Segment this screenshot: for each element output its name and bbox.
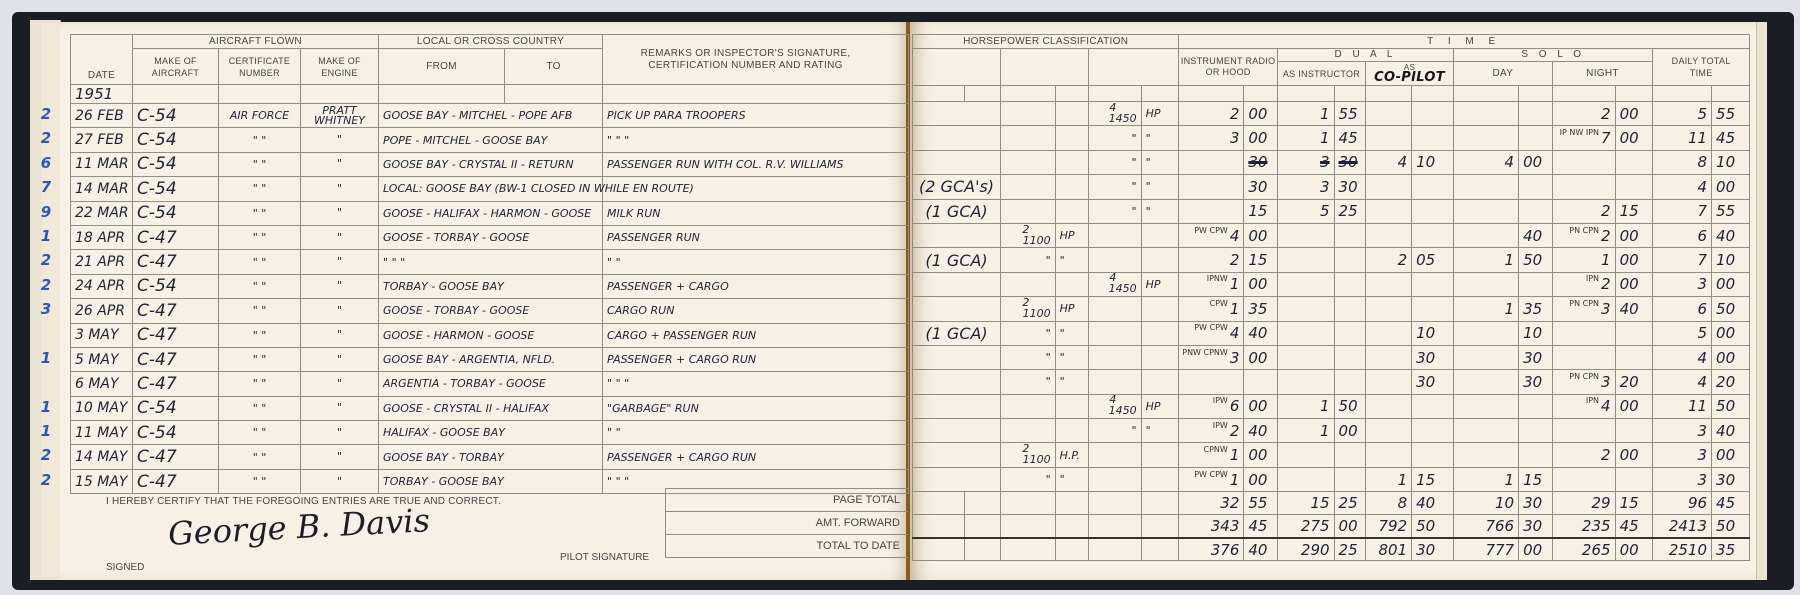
- time-row: ""300145IP NW IPN7001145: [913, 126, 1750, 150]
- aircraft-flown-header: AIRCRAFT FLOWN: [133, 35, 379, 49]
- daily-total-hours: 3: [1653, 467, 1712, 491]
- solo-night-hours: IPN4: [1552, 394, 1615, 418]
- solo-night-minutes: 00: [1615, 443, 1653, 467]
- instrument-hours: CPNW1: [1179, 443, 1244, 467]
- log-row: 10 MAYC-54" ""GOOSE - CRYSTAL II - HALIF…: [71, 396, 909, 420]
- gca-note: [913, 419, 1001, 443]
- instrument-header: INSTRUMENT RADIO OR HOOD: [1179, 49, 1278, 86]
- horsepower-classification-header: HORSEPOWER CLASSIFICATION: [913, 35, 1179, 49]
- aircraft-cell: C-47: [133, 250, 219, 274]
- solo-night-minutes: [1615, 150, 1653, 174]
- solo-day-minutes: 30: [1519, 370, 1553, 394]
- dual-instructor-minutes: [1334, 345, 1365, 369]
- totals-label: AMT. FORWARD: [666, 512, 909, 535]
- instrument-minutes: 00: [1244, 223, 1278, 247]
- solo-night-hours: PN CPN3: [1552, 370, 1615, 394]
- copilot-hours: [1366, 394, 1412, 418]
- margin-number: 6: [34, 151, 58, 175]
- horsepower-unit: ": [1055, 248, 1089, 272]
- totals-row: 3764029025801307770026500251035: [913, 538, 1750, 561]
- instrument-hours: [1179, 199, 1244, 223]
- make-of-engine-header: MAKE OF ENGINE: [301, 49, 379, 85]
- daily-total-hours: 8: [1653, 150, 1712, 174]
- dual-instructor-minutes: 55: [1334, 102, 1365, 126]
- date-cell: 18 APR: [71, 225, 133, 249]
- solo-night-minutes: 00: [1615, 394, 1653, 418]
- log-row: 14 MAYC-47" ""GOOSE BAY - TORBAYPASSENGE…: [71, 445, 909, 469]
- solo-night-minutes: 00: [1615, 223, 1653, 247]
- daily-total-hours: 5: [1653, 102, 1712, 126]
- solo-night-hours: [1552, 345, 1615, 369]
- dual-instructor-total-minutes: 00: [1334, 515, 1365, 538]
- log-row: 5 MAYC-47" ""GOOSE BAY - ARGENTIA, NFLD.…: [71, 347, 909, 371]
- dual-instructor-hours: [1277, 443, 1334, 467]
- dual-instructor-minutes: [1334, 272, 1365, 296]
- copilot-minutes: [1412, 126, 1454, 150]
- solo-day-hours: 1: [1454, 467, 1519, 491]
- dual-instructor-minutes: [1334, 443, 1365, 467]
- horsepower-value: ": [1089, 126, 1141, 150]
- horsepower-value: 21100: [1001, 223, 1056, 247]
- log-row: 11 MAYC-54" ""HALIFAX - GOOSE BAY" ": [71, 421, 909, 445]
- gca-note: [913, 272, 1001, 296]
- daily-total-minutes: 20: [1712, 370, 1750, 394]
- instrument-hours: 2: [1179, 102, 1244, 126]
- dual-instructor-minutes: [1334, 321, 1365, 345]
- instrument-minutes: 00: [1244, 467, 1278, 491]
- copilot-hours: [1366, 443, 1412, 467]
- solo-day-hours: [1454, 223, 1519, 247]
- solo-day-hours: [1454, 126, 1519, 150]
- aircraft-cell: C-47: [133, 469, 219, 493]
- solo-day-total-minutes: 30: [1519, 515, 1553, 538]
- dual-instructor-minutes: 50: [1334, 394, 1365, 418]
- daily-total-hours: 5: [1653, 321, 1712, 345]
- copilot-minutes: 30: [1412, 370, 1454, 394]
- solo-day-hours: [1454, 102, 1519, 126]
- horsepower-unit: ": [1141, 150, 1179, 174]
- copilot-minutes: [1412, 394, 1454, 418]
- signed-label: SIGNED: [106, 562, 144, 573]
- horsepower-value: ": [1001, 248, 1056, 272]
- daily-total-minutes: 00: [1712, 443, 1750, 467]
- copilot-hours: [1366, 345, 1412, 369]
- time-row: 21100HPCPW135135PN CPN340650: [913, 297, 1750, 321]
- daily-total-hours: 11: [1653, 126, 1712, 150]
- time-row: 21100HPPW CPW40040PN CPN200640: [913, 223, 1750, 247]
- copilot-hours: [1366, 102, 1412, 126]
- dual-instructor-hours: [1277, 345, 1334, 369]
- route-cell: GOOSE BAY - CRYSTAL II - RETURN: [379, 152, 603, 176]
- remarks-cell: " ": [603, 250, 909, 274]
- daily-total-minutes: 10: [1712, 248, 1750, 272]
- solo-night-total-hours: 29: [1552, 492, 1615, 515]
- aircraft-cell: C-54: [133, 201, 219, 225]
- aircraft-cell: C-47: [133, 372, 219, 396]
- date-cell: 11 MAY: [71, 421, 133, 445]
- copilot-minutes: 30: [1412, 345, 1454, 369]
- date-cell: 14 MAR: [71, 177, 133, 201]
- date-cell: 14 MAY: [71, 445, 133, 469]
- gca-note: (1 GCA): [913, 199, 1001, 223]
- instrument-total-hours: 32: [1179, 492, 1244, 515]
- daily-total-hours: 4: [1653, 345, 1712, 369]
- horsepower-unit: HP: [1055, 223, 1089, 247]
- instrument-minutes: 15: [1244, 199, 1278, 223]
- instrument-hours: IPW2: [1179, 419, 1244, 443]
- route-cell: TORBAY - GOOSE BAY: [379, 274, 603, 298]
- engine-cell: ": [301, 372, 379, 396]
- instrument-hours: 3: [1179, 126, 1244, 150]
- solo-night-hours: [1552, 321, 1615, 345]
- time-row: ""PNW CPNW3003030400: [913, 345, 1750, 369]
- dual-instructor-hours: [1277, 248, 1334, 272]
- copilot-minutes: 10: [1412, 321, 1454, 345]
- log-row: 27 FEBC-54" ""POPE - MITCHEL - GOOSE BAY…: [71, 128, 909, 152]
- daily-total-minutes: 55: [1712, 199, 1750, 223]
- copilot-hours: [1366, 370, 1412, 394]
- daily-total-minutes: 30: [1712, 467, 1750, 491]
- copilot-minutes: [1412, 419, 1454, 443]
- margin-number: 1: [34, 395, 58, 419]
- totals-label: TOTAL TO DATE: [666, 535, 909, 558]
- horsepower-value: 41450: [1089, 272, 1141, 296]
- date-cell: 27 FEB: [71, 128, 133, 152]
- engine-cell: ": [301, 445, 379, 469]
- engine-cell: ": [301, 469, 379, 493]
- horsepower-unit: ": [1141, 126, 1179, 150]
- instrument-minutes: [1244, 370, 1278, 394]
- aircraft-cell: C-54: [133, 421, 219, 445]
- solo-day-minutes: 50: [1519, 248, 1553, 272]
- copilot-hours: 4: [1366, 150, 1412, 174]
- copilot-minutes: [1412, 272, 1454, 296]
- daily-total-hours: 4: [1653, 175, 1712, 199]
- copilot-total-minutes: 30: [1412, 538, 1454, 561]
- instrument-hours: PW CPW1: [1179, 467, 1244, 491]
- instrument-hours: [1179, 370, 1244, 394]
- gca-note: [913, 370, 1001, 394]
- horsepower-value: 41450: [1089, 394, 1141, 418]
- solo-night-hours: 2: [1552, 102, 1615, 126]
- route-cell: " " ": [379, 250, 603, 274]
- horsepower-unit: HP: [1141, 394, 1179, 418]
- date-cell: 22 MAR: [71, 201, 133, 225]
- daily-total-minutes: 00: [1712, 175, 1750, 199]
- solo-night-hours: IPN2: [1552, 272, 1615, 296]
- date-cell: 11 MAR: [71, 152, 133, 176]
- log-row: 6 MAYC-47" ""ARGENTIA - TORBAY - GOOSE" …: [71, 372, 909, 396]
- instrument-hours: IPNW1: [1179, 272, 1244, 296]
- dual-instructor-hours: [1277, 467, 1334, 491]
- aircraft-cell: C-47: [133, 323, 219, 347]
- aircraft-cell: C-54: [133, 128, 219, 152]
- solo-day-total-hours: 777: [1454, 538, 1519, 561]
- solo-day-hours: 1: [1454, 248, 1519, 272]
- dual-instructor-hours: 3: [1277, 175, 1334, 199]
- daily-total-total-minutes: 45: [1712, 492, 1750, 515]
- gca-note: [913, 345, 1001, 369]
- certificate-cell: " ": [219, 128, 301, 152]
- time-row: (1 GCA)""15525215755: [913, 199, 1750, 223]
- remarks-header: REMARKS OR INSPECTOR'S SIGNATURE, CERTIF…: [603, 35, 909, 85]
- aircraft-cell: C-54: [133, 396, 219, 420]
- dual-instructor-total-minutes: 25: [1334, 492, 1365, 515]
- horsepower-unit: ": [1141, 199, 1179, 223]
- daily-total-minutes: 45: [1712, 126, 1750, 150]
- time-row: 41450HP200155200555: [913, 102, 1750, 126]
- route-cell: POPE - MITCHEL - GOOSE BAY: [379, 128, 603, 152]
- solo-day-minutes: 10: [1519, 321, 1553, 345]
- certificate-cell: " ": [219, 177, 301, 201]
- dual-instructor-hours: [1277, 370, 1334, 394]
- solo-night-total-hours: 235: [1552, 515, 1615, 538]
- solo-night-header: NIGHT: [1552, 62, 1653, 86]
- solo-night-minutes: [1615, 419, 1653, 443]
- margin-number: 1: [34, 419, 58, 443]
- log-row: 11 MARC-54" ""GOOSE BAY - CRYSTAL II - R…: [71, 152, 909, 176]
- daily-total-hours: 7: [1653, 199, 1712, 223]
- copilot-minutes: [1412, 199, 1454, 223]
- daily-total-header: DAILY TOTAL TIME: [1653, 49, 1750, 86]
- copilot-hours: [1366, 272, 1412, 296]
- engine-cell: ": [301, 128, 379, 152]
- solo-day-minutes: [1519, 443, 1553, 467]
- certificate-cell: " ": [219, 152, 301, 176]
- flight-log-right-table: HORSEPOWER CLASSIFICATION T I M E INSTRU…: [912, 34, 1750, 561]
- make-of-aircraft-header: MAKE OF AIRCRAFT: [133, 49, 219, 85]
- horsepower-value: 21100: [1001, 443, 1056, 467]
- copilot-minutes: 05: [1412, 248, 1454, 272]
- time-row: ""PW CPW100115115330: [913, 467, 1750, 491]
- solo-night-minutes: [1615, 345, 1653, 369]
- solo-night-minutes: 40: [1615, 297, 1653, 321]
- time-row: 41450HPIPW600150IPN4001150: [913, 394, 1750, 418]
- copilot-minutes: 15: [1412, 467, 1454, 491]
- date-cell: 21 APR: [71, 250, 133, 274]
- log-row: 18 APRC-47" ""GOOSE - TORBAY - GOOSEPASS…: [71, 225, 909, 249]
- solo-night-hours: [1552, 150, 1615, 174]
- horsepower-unit: ": [1141, 175, 1179, 199]
- time-row: ""30330410400810: [913, 150, 1750, 174]
- instrument-total-minutes: 55: [1244, 492, 1278, 515]
- time-row: ""IPW240100340: [913, 419, 1750, 443]
- engine-cell: ": [301, 323, 379, 347]
- dual-instructor-minutes: 25: [1334, 199, 1365, 223]
- certificate-cell: " ": [219, 323, 301, 347]
- horsepower-unit: H.P.: [1055, 443, 1089, 467]
- route-cell: GOOSE - CRYSTAL II - HALIFAX: [379, 396, 603, 420]
- instrument-minutes: 00: [1244, 126, 1278, 150]
- date-header: DATE: [71, 35, 133, 85]
- solo-day-hours: [1454, 419, 1519, 443]
- log-row: 21 APRC-47" """ " "" ": [71, 250, 909, 274]
- aircraft-cell: C-47: [133, 347, 219, 371]
- copilot-minutes: [1412, 297, 1454, 321]
- horsepower-value: 21100: [1001, 297, 1056, 321]
- date-cell: 26 APR: [71, 299, 133, 323]
- solo-day-minutes: 00: [1519, 150, 1553, 174]
- dual-instructor-total-hours: 290: [1277, 538, 1334, 561]
- instrument-minutes: 40: [1244, 419, 1278, 443]
- solo-night-minutes: [1615, 321, 1653, 345]
- instrument-minutes: 00: [1244, 272, 1278, 296]
- to-header: TO: [505, 49, 603, 85]
- route-cell: GOOSE BAY - TORBAY: [379, 445, 603, 469]
- engine-cell: ": [301, 274, 379, 298]
- time-row: 21100H.P.CPNW100200300: [913, 443, 1750, 467]
- instrument-hours: CPW1: [1179, 297, 1244, 321]
- log-row: 24 APRC-54" ""TORBAY - GOOSE BAYPASSENGE…: [71, 274, 909, 298]
- solo-night-minutes: 00: [1615, 126, 1653, 150]
- horsepower-value: ": [1089, 150, 1141, 174]
- remarks-cell: PASSENGER + CARGO RUN: [603, 445, 909, 469]
- dual-instructor-minutes: 30: [1334, 175, 1365, 199]
- daily-total-minutes: 55: [1712, 102, 1750, 126]
- horsepower-value: 41450: [1089, 102, 1141, 126]
- certification-statement: I HEREBY CERTIFY THAT THE FOREGOING ENTR…: [106, 496, 501, 507]
- remarks-cell: PASSENGER RUN WITH COL. R.V. WILLIAMS: [603, 152, 909, 176]
- dual-instructor-minutes: 00: [1334, 419, 1365, 443]
- time-row: ""3030PN CPN320420: [913, 370, 1750, 394]
- horsepower-value: ": [1089, 175, 1141, 199]
- route-cell: GOOSE - HALIFAX - HARMON - GOOSE: [379, 201, 603, 225]
- dual-instructor-total-hours: 275: [1277, 515, 1334, 538]
- dual-instructor-minutes: [1334, 297, 1365, 321]
- instrument-minutes: 30: [1244, 175, 1278, 199]
- horsepower-value: ": [1089, 199, 1141, 223]
- certificate-cell: " ": [219, 372, 301, 396]
- solo-night-total-minutes: 45: [1615, 515, 1653, 538]
- dual-instructor-hours: [1277, 223, 1334, 247]
- solo-day-minutes: [1519, 394, 1553, 418]
- daily-total-hours: 11: [1653, 394, 1712, 418]
- aircraft-cell: C-47: [133, 445, 219, 469]
- copilot-total-minutes: 40: [1412, 492, 1454, 515]
- route-cell: GOOSE - TORBAY - GOOSE: [379, 299, 603, 323]
- aircraft-cell: C-47: [133, 299, 219, 323]
- remarks-cell: " " ": [603, 128, 909, 152]
- certificate-cell: " ": [219, 421, 301, 445]
- remarks-cell: PASSENGER RUN: [603, 225, 909, 249]
- page-edge-right: [1756, 22, 1767, 580]
- dual-instructor-hours: 1: [1277, 126, 1334, 150]
- copilot-hours: 1: [1366, 467, 1412, 491]
- margin-number: 9: [34, 200, 58, 224]
- aircraft-cell: C-54: [133, 152, 219, 176]
- instrument-hours: PNW CPNW3: [1179, 345, 1244, 369]
- instrument-hours: PW CPW4: [1179, 223, 1244, 247]
- totals-row: 3434527500792507663023545241350: [913, 515, 1750, 538]
- instrument-hours: IPW6: [1179, 394, 1244, 418]
- copilot-minutes: [1412, 102, 1454, 126]
- horsepower-value: ": [1089, 419, 1141, 443]
- dual-instructor-minutes: [1334, 223, 1365, 247]
- solo-day-minutes: [1519, 199, 1553, 223]
- dual-instructor-hours: 3: [1277, 150, 1334, 174]
- margin-number: 2: [34, 248, 58, 272]
- horsepower-unit: ": [1141, 419, 1179, 443]
- date-cell: 5 MAY: [71, 347, 133, 371]
- engine-cell: ": [301, 201, 379, 225]
- margin-number: 1: [34, 224, 58, 248]
- daily-total-minutes: 00: [1712, 345, 1750, 369]
- pilot-signature-label: PILOT SIGNATURE: [560, 552, 649, 563]
- dual-instructor-minutes: [1334, 467, 1365, 491]
- instrument-total-minutes: 45: [1244, 515, 1278, 538]
- instrument-minutes: 40: [1244, 321, 1278, 345]
- certificate-number-header: CERTIFICATE NUMBER: [219, 49, 301, 85]
- gca-note: (2 GCA's): [913, 175, 1001, 199]
- time-row: 41450HPIPNW100IPN200300: [913, 272, 1750, 296]
- copilot-hours: [1366, 419, 1412, 443]
- dual-header: D U A L: [1277, 49, 1453, 62]
- route-cell: LOCAL: GOOSE BAY (BW-1 CLOSED IN WHILE E…: [379, 177, 603, 201]
- gca-note: [913, 126, 1001, 150]
- solo-day-hours: [1454, 394, 1519, 418]
- gca-note: [913, 443, 1001, 467]
- as-copilot-header: AS CO-PILOT: [1366, 62, 1454, 86]
- margin-number: [34, 370, 58, 394]
- daily-total-hours: 6: [1653, 223, 1712, 247]
- copilot-total-hours: 792: [1366, 515, 1412, 538]
- solo-day-hours: [1454, 370, 1519, 394]
- daily-total-hours: 6: [1653, 297, 1712, 321]
- aircraft-cell: C-54: [133, 104, 219, 128]
- remarks-cell: CARGO + PASSENGER RUN: [603, 323, 909, 347]
- route-cell: GOOSE - TORBAY - GOOSE: [379, 225, 603, 249]
- instrument-total-hours: 376: [1179, 538, 1244, 561]
- solo-day-total-minutes: 30: [1519, 492, 1553, 515]
- instrument-total-hours: 343: [1179, 515, 1244, 538]
- daily-total-hours: 3: [1653, 272, 1712, 296]
- remarks-cell: PASSENGER + CARGO RUN: [603, 347, 909, 371]
- time-row: (1 GCA)""PW CPW4401010500: [913, 321, 1750, 345]
- copilot-total-minutes: 50: [1412, 515, 1454, 538]
- instrument-minutes: 30: [1244, 150, 1278, 174]
- gca-note: [913, 102, 1001, 126]
- dual-instructor-minutes: [1334, 370, 1365, 394]
- route-cell: HALIFAX - GOOSE BAY: [379, 421, 603, 445]
- horsepower-unit: ": [1055, 321, 1089, 345]
- margin-number: 2: [34, 443, 58, 467]
- horsepower-unit: HP: [1141, 272, 1179, 296]
- solo-night-hours: 2: [1552, 199, 1615, 223]
- instrument-total-minutes: 40: [1244, 538, 1278, 561]
- certificate-cell: AIR FORCE: [219, 104, 301, 128]
- remarks-cell: " ": [603, 421, 909, 445]
- remarks-cell: PASSENGER + CARGO: [603, 274, 909, 298]
- instrument-minutes: 35: [1244, 297, 1278, 321]
- daily-total-total-minutes: 50: [1712, 515, 1750, 538]
- margin-number: 2: [34, 468, 58, 492]
- daily-total-hours: 7: [1653, 248, 1712, 272]
- copilot-hours: [1366, 223, 1412, 247]
- solo-day-total-hours: 766: [1454, 515, 1519, 538]
- certificate-cell: " ": [219, 274, 301, 298]
- dual-instructor-hours: 1: [1277, 419, 1334, 443]
- log-row: 3 MAYC-47" ""GOOSE - HARMON - GOOSECARGO…: [71, 323, 909, 347]
- gca-note: [913, 150, 1001, 174]
- date-cell: 3 MAY: [71, 323, 133, 347]
- solo-day-hours: 1: [1454, 297, 1519, 321]
- time-header: T I M E: [1179, 35, 1750, 49]
- aircraft-cell: C-47: [133, 225, 219, 249]
- remarks-cell: CARGO RUN: [603, 299, 909, 323]
- gca-note: (1 GCA): [913, 248, 1001, 272]
- route-cell: GOOSE BAY - MITCHEL - POPE AFB: [379, 104, 603, 128]
- daily-total-minutes: 40: [1712, 419, 1750, 443]
